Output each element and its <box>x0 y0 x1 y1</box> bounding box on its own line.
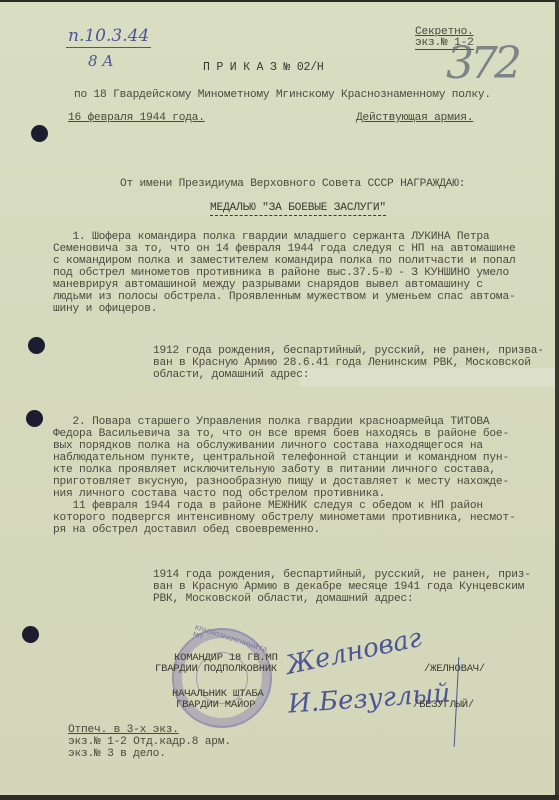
footer-distribution-1: экз.№ 1-2 Отд.кадр.8 арм. <box>68 736 231 748</box>
entry-line: 1. Шофера командира полка гвардии младше… <box>53 231 489 243</box>
bio-line: области, домашний адрес: <box>153 369 309 381</box>
entry-line: 2. Повара старшего Управления полка гвар… <box>53 416 489 428</box>
entry-line: вых порядков полка на обслуживании лично… <box>53 440 483 452</box>
entry-line: под обстрел минометов противника в район… <box>53 267 509 279</box>
archive-page-number: 372 <box>446 38 518 89</box>
document-title: П Р И К А З № 02/Н <box>203 62 324 74</box>
bio-line: ван в Красную Армию 28.6.41 года Ленинск… <box>153 357 531 369</box>
preamble: От имени Президиума Верховного Совета СС… <box>120 178 465 190</box>
entry-line: ния личного состава часто под обстрелом … <box>53 488 385 500</box>
commander-signature: Желноваг <box>283 623 424 681</box>
bio-line: РВК, Московской области, домашний адрес: <box>153 593 414 605</box>
entry-line: кте полка проявляет исключительную забот… <box>53 464 496 476</box>
entry-line: Семеновича за то, что он 14 февраля 1944… <box>53 243 515 255</box>
bio-line: ван в Красную Армию в декабре месяце 194… <box>153 581 524 593</box>
official-stamp: КРАСНОЗНАМЕННЫЙ ГВ. МП <box>172 628 272 728</box>
redacted-area <box>300 368 555 386</box>
commander-name: /ЖЕЛНОВАЧ/ <box>424 663 485 675</box>
footer-distribution-2: экз.№ 3 в дело. <box>68 748 166 760</box>
bio-line: 1912 года рождения, беспартийный, русски… <box>153 345 544 357</box>
order-date: 16 февраля 1944 года. <box>68 112 205 124</box>
document-page: п.10.3.44 8 А Секретно. экз.№ 1-2 372 П … <box>0 2 555 796</box>
commander-title-2: ГВАРДИИ ПОДПОЛКОВНИК <box>155 663 277 675</box>
handwritten-note: 8 А <box>88 52 114 70</box>
punch-hole <box>31 125 48 142</box>
entry-line: маневрируя автомашиной между разрывами с… <box>53 279 483 291</box>
page-edge <box>0 795 559 800</box>
chief-name: /БЕЗУГЛЫЙ/ <box>413 699 474 711</box>
entry-line: которого подвергся интенсивному обстрелу… <box>53 512 515 524</box>
punch-hole <box>26 410 43 427</box>
entry-line: приготовляет вкусную, разнообразную пищу… <box>53 476 509 488</box>
entry-line: Федора Васильевича за то, что он все вре… <box>53 428 509 440</box>
entry-line: 11 февраля 1944 года в районе МЕЖНИК сле… <box>53 500 483 512</box>
entry-line: наблюдательном пункте, центральной телеф… <box>53 452 509 464</box>
page-edge <box>555 0 559 800</box>
chief-title-2: ГВАРДИИ МАЙОР <box>176 699 255 711</box>
entry-line: шину и офицеров. <box>53 303 157 315</box>
document-subtitle: по 18 Гвардейскому Минометному Мгинскому… <box>74 89 491 101</box>
footer-copies: Отпеч. в 3-х экз. <box>68 724 179 736</box>
entry-line: ря на обстрел доставил обед своевременно… <box>53 524 320 536</box>
entry-line: людьми из полосы обстрела. Проявленным м… <box>53 291 515 303</box>
location: Действующая армия. <box>356 112 473 124</box>
handwritten-date: п.10.3.44 <box>66 26 151 48</box>
bio-line: 1914 года рождения, беспартийный, русски… <box>153 569 531 581</box>
punch-hole <box>28 337 45 354</box>
award-name: МЕДАЛЬЮ "ЗА БОЕВЫЕ ЗАСЛУГИ" <box>210 202 386 216</box>
punch-hole <box>22 626 39 643</box>
entry-line: с командиром полка и заместителем команд… <box>53 255 515 267</box>
